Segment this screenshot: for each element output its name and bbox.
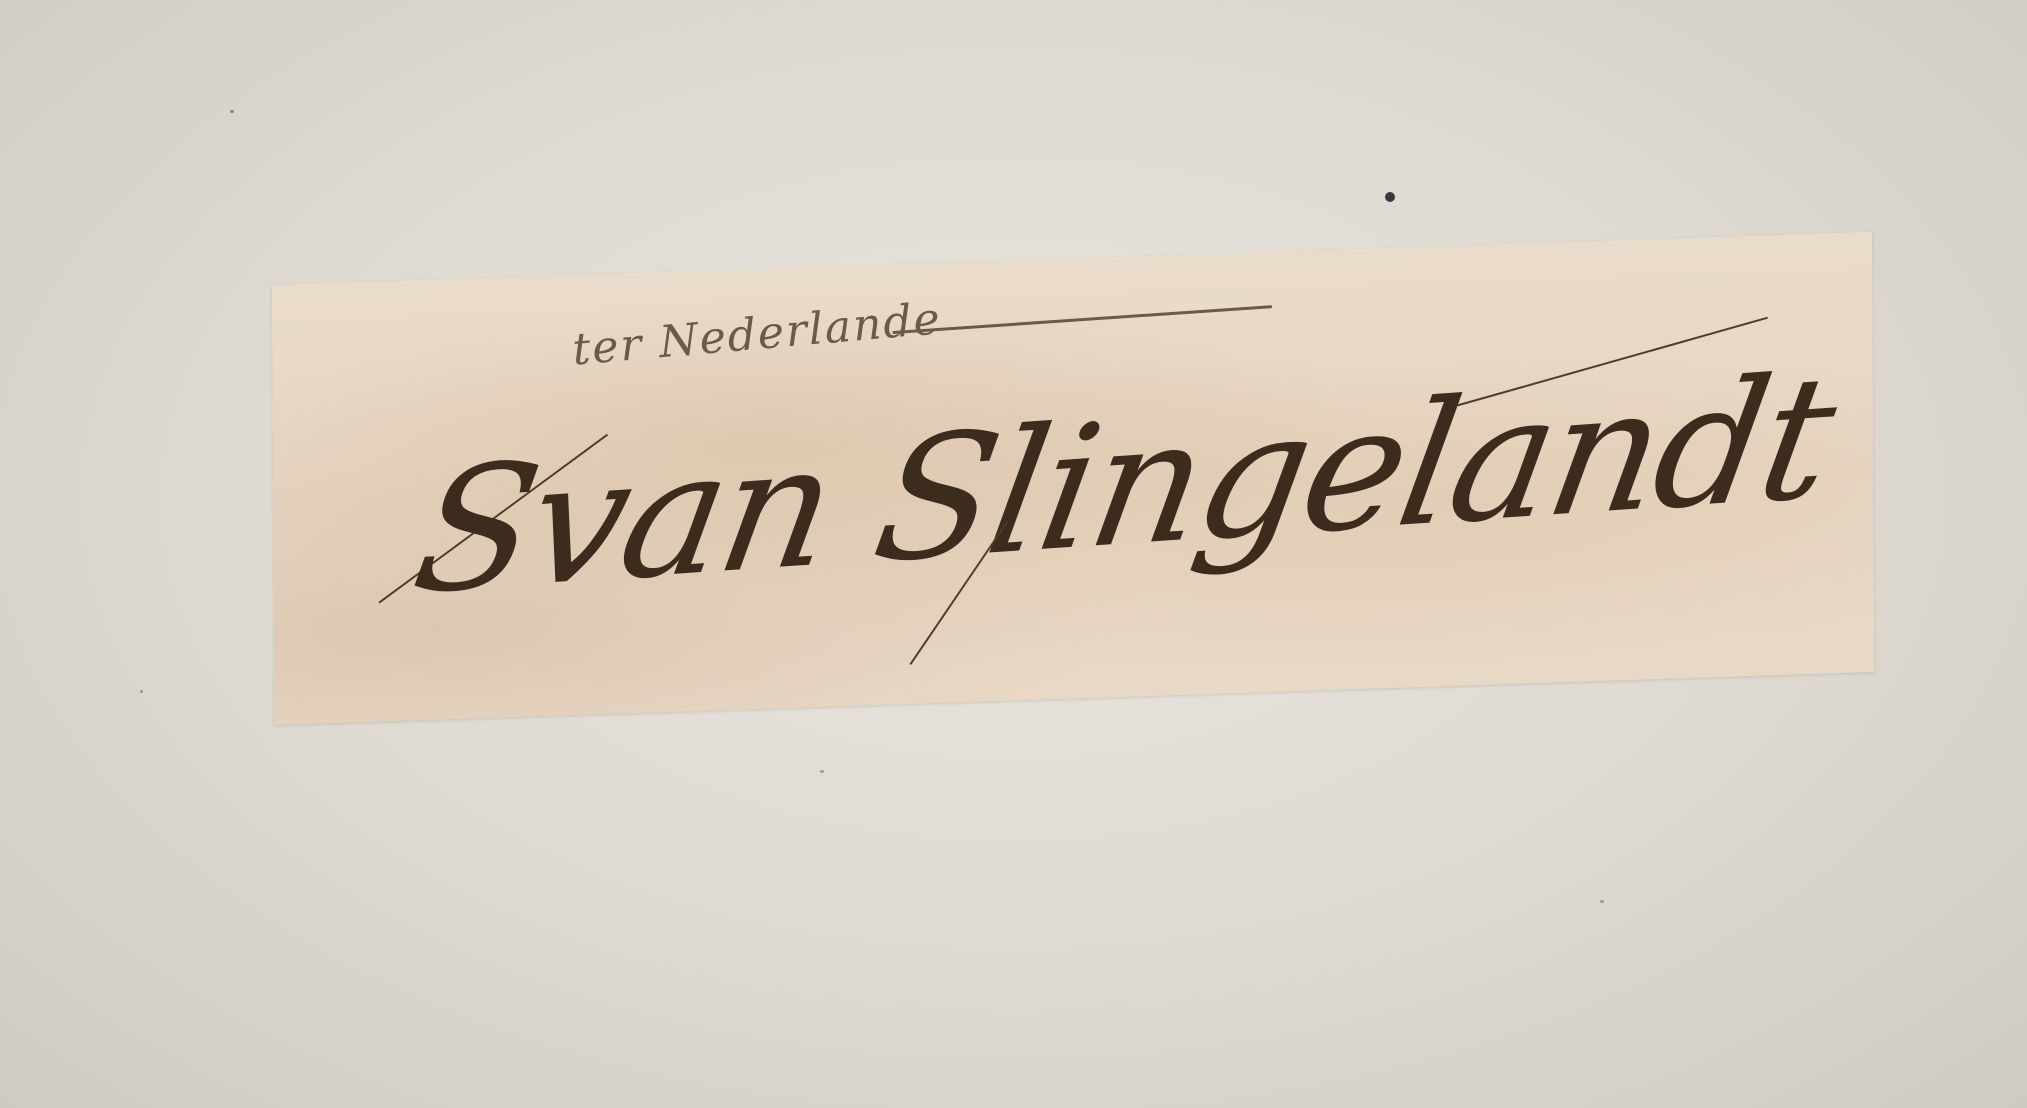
paper-fleck (140, 690, 143, 693)
paper-fleck (230, 110, 234, 113)
signature-text: Svan Slingelandt (402, 338, 1845, 633)
signature-slip: ter Nederlande Svan Slingelandt (272, 232, 1874, 725)
upper-inscription: ter Nederlande (571, 293, 943, 375)
paper-fleck (1600, 900, 1604, 903)
paper-fleck (820, 770, 824, 773)
ink-speck (1385, 192, 1395, 202)
inscription-flourish (892, 305, 1272, 334)
